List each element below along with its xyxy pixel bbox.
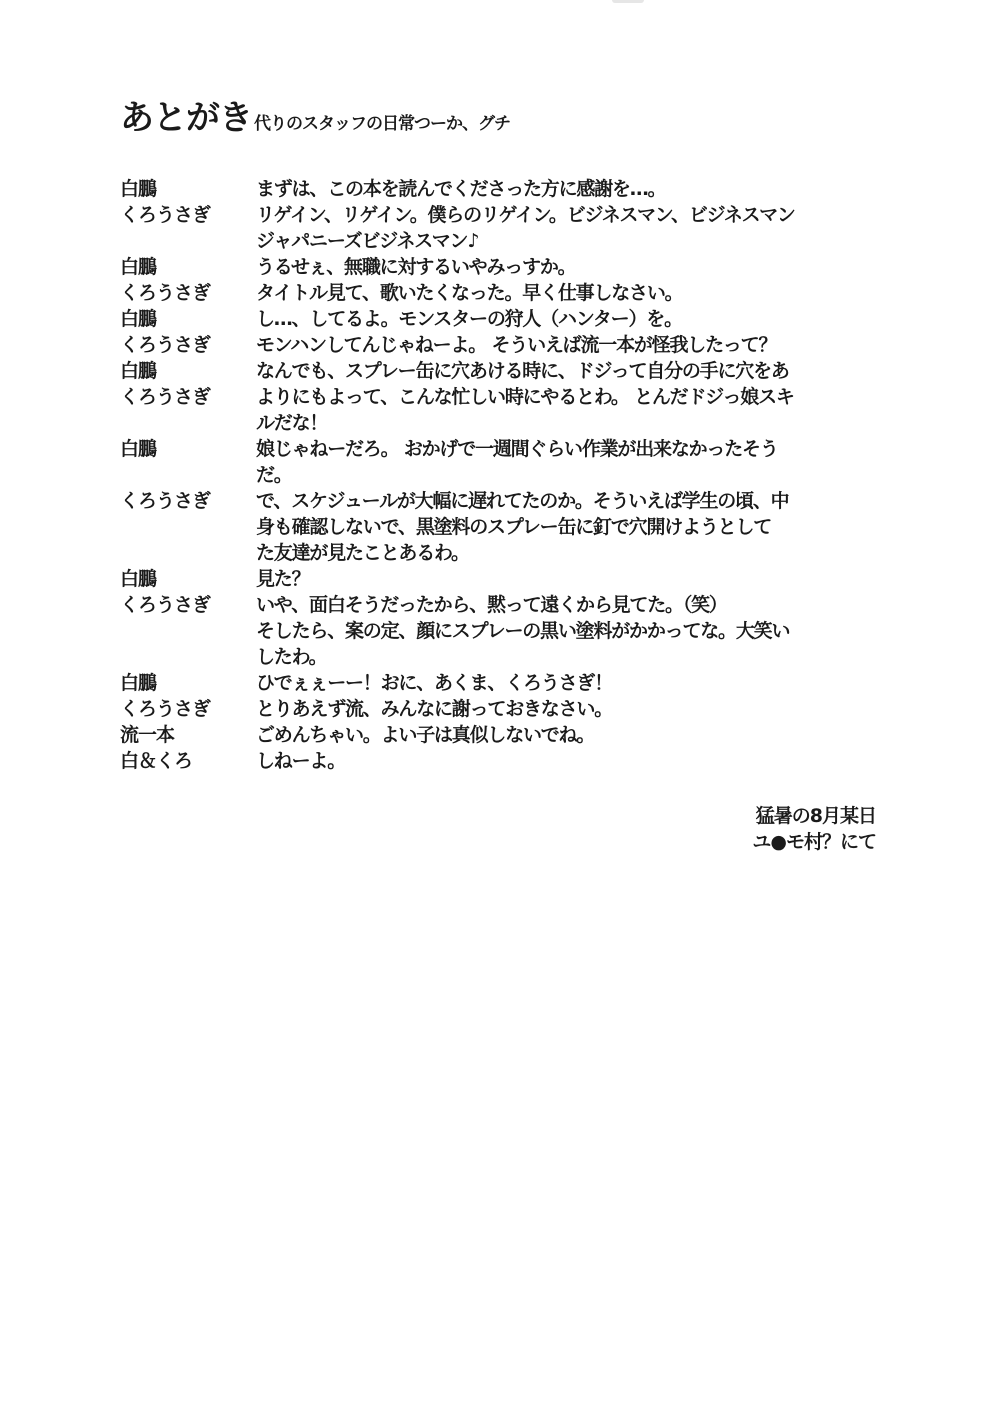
speaker-name: 白＆くろ (120, 748, 256, 774)
speaker-name: 白鵬 (120, 254, 256, 280)
dialog-transcript: 白鵬まずは、この本を読んでくださった方に感謝を…。くろうさぎリゲイン、リゲイン。… (120, 176, 890, 774)
dialog-entry: 白鵬し…、してるよ。モンスターの狩人（ハンター）を。 (120, 306, 890, 332)
dialog-line: しねーよ。 (256, 748, 890, 774)
dialog-entry: くろうさぎとりあえず流、みんなに謝っておきなさい。 (120, 696, 890, 722)
dialog-line: し…、してるよ。モンスターの狩人（ハンター）を。 (256, 306, 890, 332)
signoff: 猛暑の8月某日 ユ●モ村？にて (752, 803, 876, 855)
signoff-date: 猛暑の8月某日 (752, 803, 876, 829)
dialog-line: ひでぇぇーー！おに、あくま、くろうさぎ！ (256, 670, 890, 696)
speaker-name: 白鵬 (120, 358, 256, 384)
dialog-entry: 白鵬娘じゃねーだろ。 おかげで一週間ぐらい作業が出来なかったそうだ。 (120, 436, 890, 488)
dialog-entry: 白鵬まずは、この本を読んでくださった方に感謝を…。 (120, 176, 890, 202)
dialog-line: 娘じゃねーだろ。 おかげで一週間ぐらい作業が出来なかったそう (256, 436, 890, 462)
dialog-line: モンハンしてんじゃねーよ。 そういえば流一本が怪我したって？ (256, 332, 890, 358)
title-subtitle: 代りのスタッフの日常つーか、グチ (254, 114, 510, 134)
speaker-name: 白鵬 (120, 436, 256, 488)
speaker-name: くろうさぎ (120, 332, 256, 358)
dialog-text: うるせぇ、無職に対するいやみっすか。 (256, 254, 890, 280)
dialog-text: 娘じゃねーだろ。 おかげで一週間ぐらい作業が出来なかったそうだ。 (256, 436, 890, 488)
dialog-text: しねーよ。 (256, 748, 890, 774)
speaker-name: くろうさぎ (120, 384, 256, 436)
dialog-entry: 白鵬なんでも、スプレー缶に穴あける時に、ドジって自分の手に穴をあ (120, 358, 890, 384)
dialog-text: で、スケジュールが大幅に遅れてたのか。そういえば学生の頃、中身も確認しないで、黒… (256, 488, 890, 566)
speaker-name: くろうさぎ (120, 280, 256, 306)
speaker-name: 白鵬 (120, 566, 256, 592)
title-main: あとがき (120, 98, 252, 138)
dialog-line: とりあえず流、みんなに謝っておきなさい。 (256, 696, 890, 722)
page-title: あとがき代りのスタッフの日常つーか、グチ (120, 90, 510, 139)
dialog-text: リゲイン、リゲイン。僕らのリゲイン。ビジネスマン、ビジネスマンジャパニーズビジネ… (256, 202, 890, 254)
dialog-entry: くろうさぎよりにもよって、こんな忙しい時にやるとわ。 とんだドジっ娘スキルだな！ (120, 384, 890, 436)
dialog-line: ごめんちゃい。よい子は真似しないでね。 (256, 722, 890, 748)
dialog-text: とりあえず流、みんなに謝っておきなさい。 (256, 696, 890, 722)
dialog-entry: くろうさぎリゲイン、リゲイン。僕らのリゲイン。ビジネスマン、ビジネスマンジャパニ… (120, 202, 890, 254)
dialog-entry: くろうさぎタイトル見て、歌いたくなった。早く仕事しなさい。 (120, 280, 890, 306)
speaker-name: くろうさぎ (120, 696, 256, 722)
dialog-text: モンハンしてんじゃねーよ。 そういえば流一本が怪我したって？ (256, 332, 890, 358)
dialog-line: ルだな！ (256, 410, 890, 436)
dialog-line: ジャパニーズビジネスマン♪ (256, 228, 890, 254)
dialog-line: 身も確認しないで、黒塗料のスプレー缶に釘で穴開けようとして (256, 514, 890, 540)
speaker-name: 流一本 (120, 722, 256, 748)
speaker-name: 白鵬 (120, 670, 256, 696)
dialog-text: いや、面白そうだったから、黙って遠くから見てた。（笑）そしたら、案の定、顔にスプ… (256, 592, 890, 670)
dialog-line: タイトル見て、歌いたくなった。早く仕事しなさい。 (256, 280, 890, 306)
dialog-entry: くろうさぎで、スケジュールが大幅に遅れてたのか。そういえば学生の頃、中身も確認し… (120, 488, 890, 566)
dialog-entry: 流一本ごめんちゃい。よい子は真似しないでね。 (120, 722, 890, 748)
dialog-entry: 白鵬ひでぇぇーー！おに、あくま、くろうさぎ！ (120, 670, 890, 696)
dialog-text: なんでも、スプレー缶に穴あける時に、ドジって自分の手に穴をあ (256, 358, 890, 384)
dialog-entry: くろうさぎいや、面白そうだったから、黙って遠くから見てた。（笑）そしたら、案の定… (120, 592, 890, 670)
speaker-name: 白鵬 (120, 176, 256, 202)
dialog-text: ごめんちゃい。よい子は真似しないでね。 (256, 722, 890, 748)
dialog-text: よりにもよって、こんな忙しい時にやるとわ。 とんだドジっ娘スキルだな！ (256, 384, 890, 436)
scan-mark (612, 0, 644, 3)
dialog-line: そしたら、案の定、顔にスプレーの黒い塗料がかかってな。大笑い (256, 618, 890, 644)
dialog-text: 見た？ (256, 566, 890, 592)
dialog-line: で、スケジュールが大幅に遅れてたのか。そういえば学生の頃、中 (256, 488, 890, 514)
signoff-place: ユ●モ村？にて (752, 829, 876, 855)
dialog-line: したわ。 (256, 644, 890, 670)
dialog-entry: 白鵬うるせぇ、無職に対するいやみっすか。 (120, 254, 890, 280)
dialog-entry: 白鵬見た？ (120, 566, 890, 592)
dialog-line: いや、面白そうだったから、黙って遠くから見てた。（笑） (256, 592, 890, 618)
dialog-entry: 白＆くろしねーよ。 (120, 748, 890, 774)
dialog-line: 見た？ (256, 566, 890, 592)
dialog-text: し…、してるよ。モンスターの狩人（ハンター）を。 (256, 306, 890, 332)
dialog-line: まずは、この本を読んでくださった方に感謝を…。 (256, 176, 890, 202)
dialog-entry: くろうさぎモンハンしてんじゃねーよ。 そういえば流一本が怪我したって？ (120, 332, 890, 358)
dialog-line: よりにもよって、こんな忙しい時にやるとわ。 とんだドジっ娘スキ (256, 384, 890, 410)
speaker-name: 白鵬 (120, 306, 256, 332)
dialog-line: た友達が見たことあるわ。 (256, 540, 890, 566)
dialog-line: なんでも、スプレー缶に穴あける時に、ドジって自分の手に穴をあ (256, 358, 890, 384)
dialog-line: リゲイン、リゲイン。僕らのリゲイン。ビジネスマン、ビジネスマン (256, 202, 890, 228)
speaker-name: くろうさぎ (120, 592, 256, 670)
dialog-line: だ。 (256, 462, 890, 488)
speaker-name: くろうさぎ (120, 202, 256, 254)
dialog-line: うるせぇ、無職に対するいやみっすか。 (256, 254, 890, 280)
dialog-text: タイトル見て、歌いたくなった。早く仕事しなさい。 (256, 280, 890, 306)
speaker-name: くろうさぎ (120, 488, 256, 566)
dialog-text: ひでぇぇーー！おに、あくま、くろうさぎ！ (256, 670, 890, 696)
dialog-text: まずは、この本を読んでくださった方に感謝を…。 (256, 176, 890, 202)
